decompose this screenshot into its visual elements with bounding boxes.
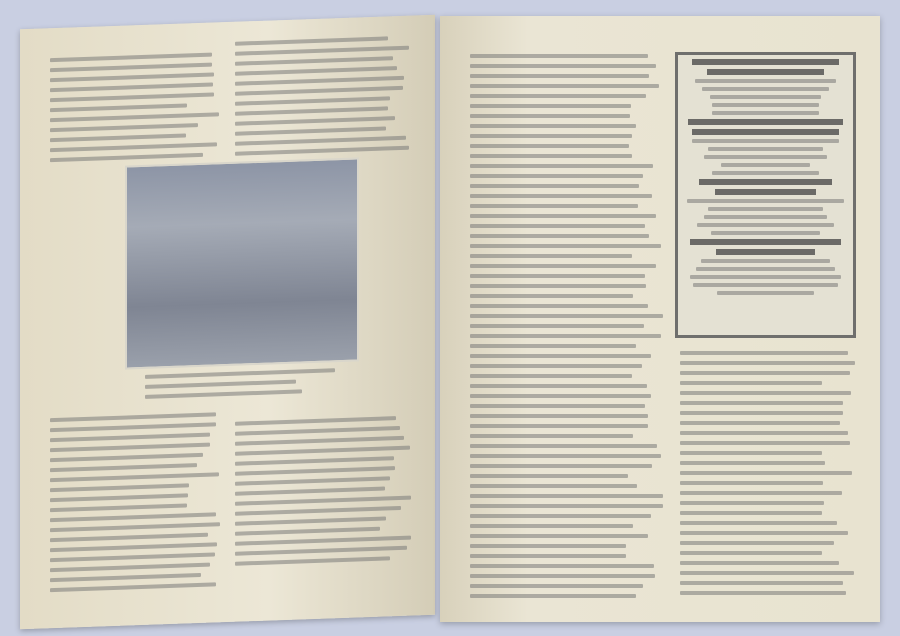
text-line	[680, 581, 843, 585]
left-column-1-bottom	[50, 412, 220, 598]
text-line	[470, 134, 632, 138]
text-line	[50, 582, 216, 592]
text-line	[50, 483, 189, 492]
text-line	[470, 434, 633, 438]
text-line	[470, 224, 645, 228]
text-line	[470, 54, 648, 58]
text-line	[680, 451, 822, 455]
ad-line	[707, 69, 825, 75]
text-line	[145, 389, 302, 398]
text-line	[680, 381, 822, 385]
text-line	[235, 487, 385, 496]
text-line	[470, 204, 638, 208]
text-line	[235, 466, 395, 476]
text-line	[235, 116, 395, 126]
text-line	[680, 511, 822, 515]
text-line	[50, 453, 203, 462]
text-line	[470, 394, 651, 398]
text-line	[50, 443, 210, 453]
text-line	[680, 571, 854, 575]
text-line	[680, 361, 855, 365]
ad-line	[711, 231, 819, 235]
ad-line	[715, 189, 815, 195]
text-line	[50, 422, 216, 432]
text-line	[470, 554, 626, 558]
text-line	[50, 433, 210, 443]
text-line	[470, 164, 653, 168]
left-column-2	[235, 35, 415, 161]
text-line	[470, 284, 646, 288]
text-line	[235, 456, 394, 466]
text-line	[680, 371, 850, 375]
text-line	[50, 463, 197, 472]
right-column-1	[470, 54, 665, 604]
text-line	[470, 84, 659, 88]
text-line	[470, 264, 656, 268]
text-line	[470, 514, 651, 518]
text-line	[50, 522, 220, 532]
text-line	[680, 411, 843, 415]
text-line	[470, 234, 649, 238]
text-line	[235, 416, 396, 426]
text-line	[470, 304, 648, 308]
text-line	[470, 584, 643, 588]
text-line	[680, 501, 824, 505]
ad-line	[687, 199, 843, 203]
text-line	[470, 574, 655, 578]
left-column-2-bottom	[235, 415, 415, 571]
text-line	[470, 504, 663, 508]
text-line	[470, 344, 636, 348]
text-line	[50, 153, 203, 162]
text-line	[50, 142, 217, 152]
text-line	[50, 542, 217, 552]
text-line	[235, 556, 390, 565]
text-line	[50, 412, 216, 422]
ad-line	[690, 239, 841, 245]
text-line	[470, 404, 645, 408]
ad-line	[710, 95, 821, 99]
ad-line	[712, 111, 819, 115]
text-line	[680, 431, 848, 435]
ad-line	[696, 267, 836, 271]
text-line	[470, 594, 636, 598]
text-line	[470, 324, 644, 328]
text-line	[145, 368, 335, 379]
text-line	[470, 274, 645, 278]
text-line	[470, 354, 651, 358]
text-line	[235, 66, 397, 76]
ad-line	[695, 79, 836, 83]
text-line	[50, 133, 186, 142]
text-line	[470, 174, 643, 178]
text-line	[50, 53, 212, 63]
text-line	[680, 551, 822, 555]
ad-line	[692, 129, 839, 135]
text-line	[235, 426, 400, 436]
ad-line	[708, 207, 823, 211]
inset-photo	[125, 157, 359, 369]
text-line	[235, 536, 411, 546]
text-line	[235, 36, 388, 45]
text-line	[50, 72, 214, 82]
text-line	[235, 136, 406, 146]
text-line	[470, 254, 632, 258]
text-line	[50, 533, 208, 543]
right-column-2	[680, 351, 855, 601]
text-line	[235, 96, 390, 105]
ad-line	[693, 283, 838, 287]
photo-caption	[145, 368, 335, 405]
text-line	[470, 524, 633, 528]
text-line	[470, 114, 630, 118]
ad-line	[692, 139, 838, 143]
text-line	[50, 123, 198, 132]
text-line	[470, 214, 656, 218]
text-line	[235, 86, 403, 96]
ad-line	[717, 291, 814, 295]
text-line	[680, 561, 839, 565]
text-line	[680, 491, 842, 495]
text-line	[470, 144, 629, 148]
text-line	[470, 194, 652, 198]
ad-line	[697, 223, 835, 227]
ad-line	[688, 119, 842, 125]
text-line	[470, 314, 663, 318]
text-line	[470, 334, 661, 338]
text-line	[50, 103, 187, 112]
text-line	[50, 83, 213, 93]
text-line	[50, 573, 201, 582]
text-line	[235, 446, 410, 456]
text-line	[470, 414, 648, 418]
ad-line	[708, 147, 824, 151]
text-line	[470, 484, 637, 488]
ad-line	[704, 155, 828, 159]
text-line	[470, 534, 648, 538]
text-line	[470, 494, 663, 498]
text-line	[470, 94, 646, 98]
text-line	[470, 544, 626, 548]
text-line	[680, 541, 834, 545]
text-line	[470, 474, 628, 478]
text-line	[680, 421, 840, 425]
ad-line	[712, 103, 819, 107]
left-column-1	[50, 52, 220, 168]
text-line	[235, 76, 404, 86]
text-line	[680, 351, 848, 355]
text-line	[680, 461, 825, 465]
text-line	[50, 512, 216, 522]
text-line	[470, 124, 636, 128]
text-line	[680, 481, 823, 485]
ad-line	[701, 259, 829, 263]
text-line	[680, 591, 846, 595]
text-line	[50, 552, 215, 562]
text-line	[235, 476, 390, 485]
text-line	[470, 244, 661, 248]
text-line	[680, 441, 850, 445]
text-line	[50, 563, 210, 573]
text-line	[470, 364, 642, 368]
text-line	[50, 493, 188, 502]
text-line	[470, 564, 654, 568]
text-line	[235, 506, 401, 516]
left-page	[20, 15, 435, 629]
text-line	[235, 546, 407, 556]
ad-box	[675, 52, 856, 338]
text-line	[50, 63, 212, 73]
text-line	[235, 46, 409, 56]
text-line	[680, 531, 848, 535]
text-line	[470, 464, 652, 468]
right-page	[440, 16, 880, 622]
text-line	[235, 527, 380, 536]
text-line	[470, 104, 631, 108]
text-line	[235, 436, 404, 446]
text-line	[235, 516, 386, 525]
text-line	[470, 384, 647, 388]
text-line	[470, 64, 656, 68]
text-line	[470, 74, 649, 78]
text-line	[470, 294, 633, 298]
ad-line	[704, 215, 827, 219]
text-line	[235, 496, 411, 506]
ad-line	[699, 179, 833, 185]
ad-line	[721, 163, 809, 167]
text-line	[470, 424, 648, 428]
text-line	[680, 401, 843, 405]
text-line	[470, 454, 661, 458]
ad-line	[702, 87, 828, 91]
text-line	[145, 380, 296, 389]
text-line	[680, 521, 837, 525]
text-line	[235, 106, 388, 115]
text-line	[680, 391, 851, 395]
text-line	[470, 154, 632, 158]
text-line	[50, 92, 214, 102]
ad-line	[692, 59, 839, 65]
text-line	[680, 471, 852, 475]
ad-line	[690, 275, 842, 279]
text-line	[235, 146, 409, 156]
text-line	[50, 472, 219, 482]
text-line	[235, 56, 393, 66]
text-line	[470, 184, 639, 188]
text-line	[50, 503, 187, 512]
ad-line	[716, 249, 816, 255]
text-line	[50, 112, 219, 122]
text-line	[470, 374, 632, 378]
text-line	[470, 444, 657, 448]
ad-line	[712, 171, 819, 175]
text-line	[235, 126, 386, 135]
